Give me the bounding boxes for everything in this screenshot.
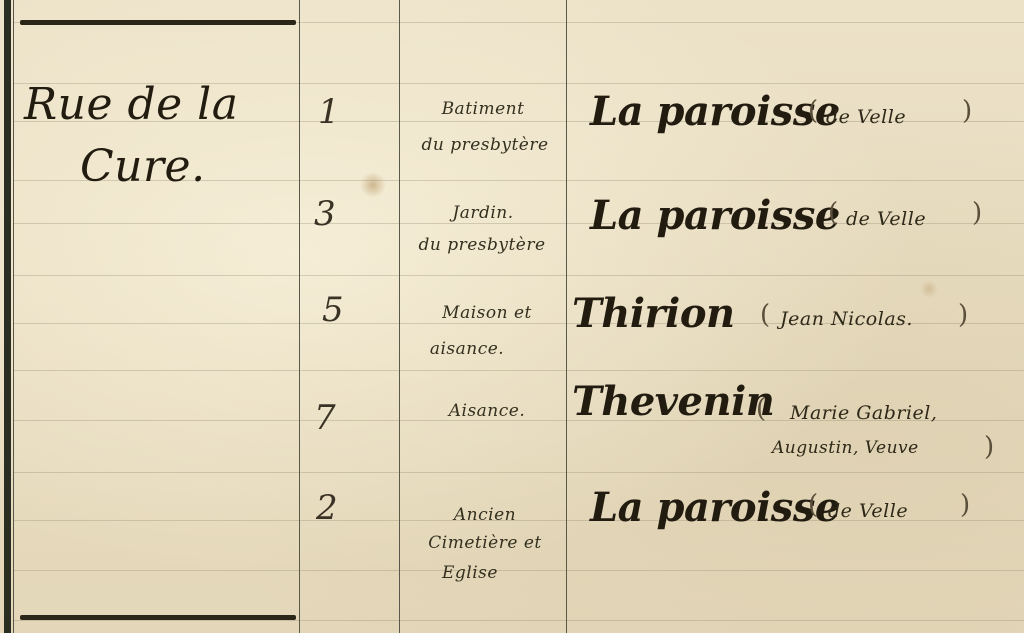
ruled-line: [14, 275, 1024, 276]
open-paren: (: [760, 300, 771, 330]
parcel-number: 1: [318, 92, 340, 132]
ruled-line: [14, 472, 1024, 473]
close-paren: ): [972, 198, 983, 228]
owner-detail-second-line: Augustin, Veuve: [772, 438, 919, 458]
parcel-nature-line1: Batiment: [408, 98, 558, 120]
street-name-line2: Cure.: [80, 138, 206, 196]
column-divider-street: [299, 0, 300, 633]
paper-stain: [360, 172, 386, 198]
parcel-number: 5: [322, 290, 344, 330]
open-paren: (: [756, 394, 767, 424]
parcel-nature-line2: du presbytère: [402, 134, 568, 156]
street-bottom-rule: [20, 615, 296, 620]
parcel-number: 3: [314, 194, 336, 234]
owner-name: La paroisse: [590, 192, 840, 239]
close-paren: ): [960, 490, 971, 520]
street-top-rule: [20, 20, 296, 25]
owner-name: Thevenin: [572, 378, 774, 425]
parcel-number: 7: [314, 398, 336, 438]
parcel-nature-line2: du presbytère: [396, 234, 568, 256]
left-margin-line: [13, 0, 14, 633]
owner-name: La paroisse: [590, 484, 840, 531]
owner-detail: de Velle: [828, 500, 908, 522]
owner-detail: de Velle: [826, 106, 906, 128]
close-paren: ): [984, 432, 995, 462]
parcel-nature-line1: Jardin.: [408, 202, 558, 224]
parcel-nature-line3: Eglise: [410, 562, 530, 584]
parcel-number: 2: [316, 488, 338, 528]
parcel-nature-line2: Cimetière et: [402, 532, 568, 554]
street-name-line1: Rue de la: [24, 76, 239, 134]
parcel-nature-line1: Ancien: [410, 504, 560, 526]
left-margin-bar: [4, 0, 11, 633]
register-page: Rue de la Cure. 1 Batiment du presbytère…: [0, 0, 1024, 633]
open-paren: (: [808, 96, 819, 126]
owner-detail: Marie Gabriel,: [790, 402, 937, 424]
ruled-line: [14, 620, 1024, 621]
open-paren: (: [828, 198, 839, 228]
parcel-nature-line1: Aisance.: [412, 400, 562, 422]
owner-name: Thirion: [572, 290, 735, 337]
owner-detail: Jean Nicolas.: [780, 308, 913, 330]
owner-name: La paroisse: [590, 88, 840, 135]
paper-stain: [920, 280, 938, 298]
ruled-line: [14, 370, 1024, 371]
parcel-nature-line1: Maison et: [408, 302, 566, 324]
close-paren: ): [958, 300, 969, 330]
open-paren: (: [808, 490, 819, 520]
owner-detail: de Velle: [846, 208, 926, 230]
close-paren: ): [962, 96, 973, 126]
parcel-nature-line2: aisance.: [402, 338, 532, 360]
column-divider-number: [399, 0, 400, 633]
